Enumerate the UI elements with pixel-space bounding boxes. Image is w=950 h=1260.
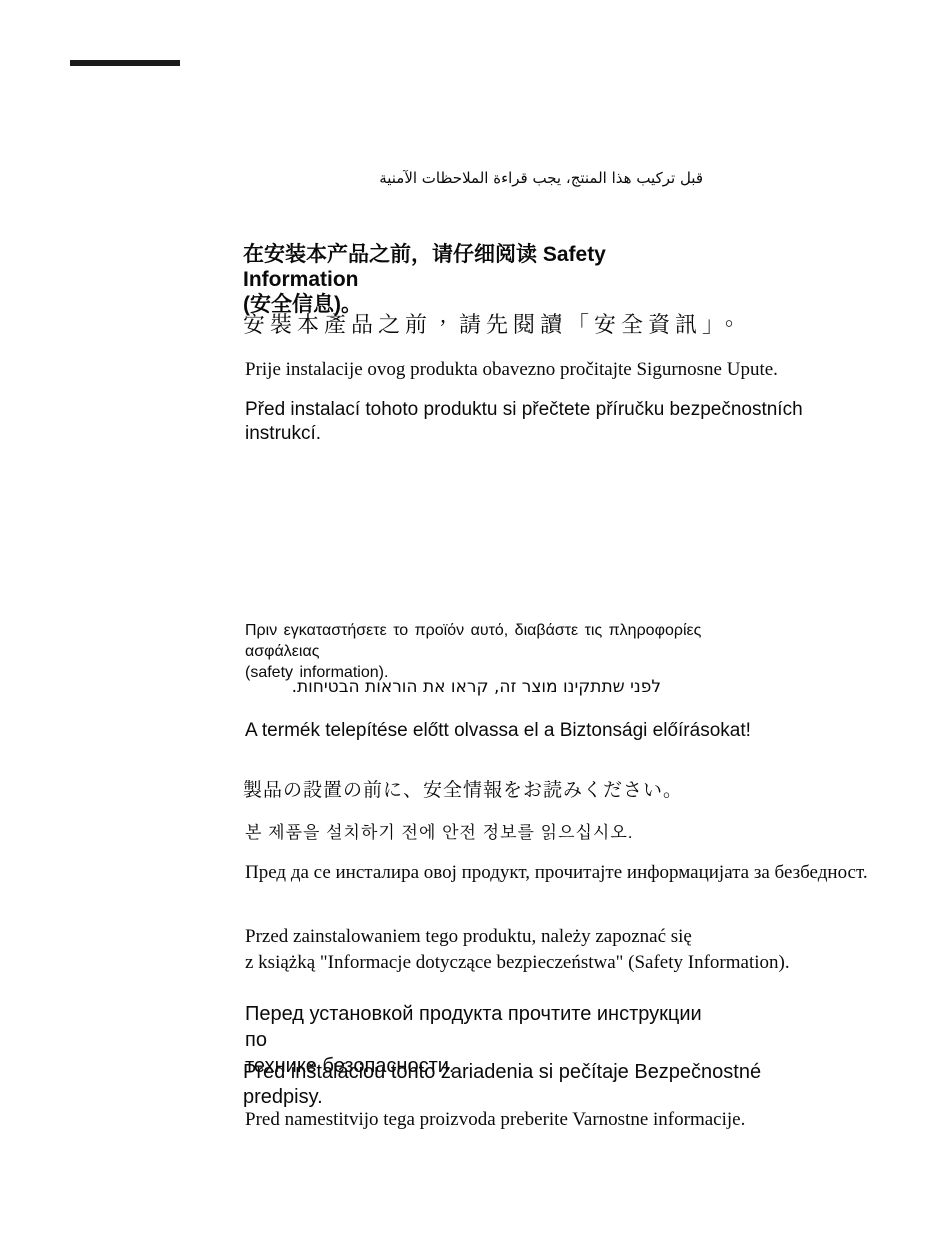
notice-polish: Przed zainstalowaniem tego produktu, nal… xyxy=(245,924,865,976)
notice-greek: Πριν εγκαταστήσετε το προϊόν αυτό, διαβά… xyxy=(245,620,715,683)
top-rule xyxy=(70,60,180,66)
safety-notice-page: قبل تركيب هذا المنتج، يجب قراءة الملاحظا… xyxy=(0,0,950,1260)
notice-hungarian: A termék telepítése előtt olvassa el a B… xyxy=(245,719,785,743)
notice-slovak: Pred inštaláciou tohto zariadenia si peč… xyxy=(243,1060,843,1110)
notice-czech: Před instalací tohoto produktu si přečte… xyxy=(245,398,805,446)
notice-korean: 본 제품을 설치하기 전에 안전 정보를 읽으십시오. xyxy=(245,821,725,845)
notice-hebrew: לפני שתתקינו מוצר זה, קראו את הוראות הבט… xyxy=(245,675,661,699)
notice-japanese: 製品の設置の前に、安全情報をお読みください。 xyxy=(243,778,723,804)
notice-macedonian: Пред да се инсталира овој продукт, прочи… xyxy=(245,861,905,885)
notice-croatian: Prije instalacije ovog produkta obavezno… xyxy=(245,358,805,382)
notice-chinese-traditional: 安裝本產品之前，請先閱讀「安全資訊」。 xyxy=(243,310,803,340)
notice-arabic: قبل تركيب هذا المنتج، يجب قراءة الملاحظا… xyxy=(245,167,703,189)
notice-slovenian: Pred namestitvijo tega proizvoda preberi… xyxy=(245,1108,805,1132)
notice-chinese-simplified: 在安装本产品之前，请仔细阅读 Safety Information (安全信息)… xyxy=(243,242,723,317)
